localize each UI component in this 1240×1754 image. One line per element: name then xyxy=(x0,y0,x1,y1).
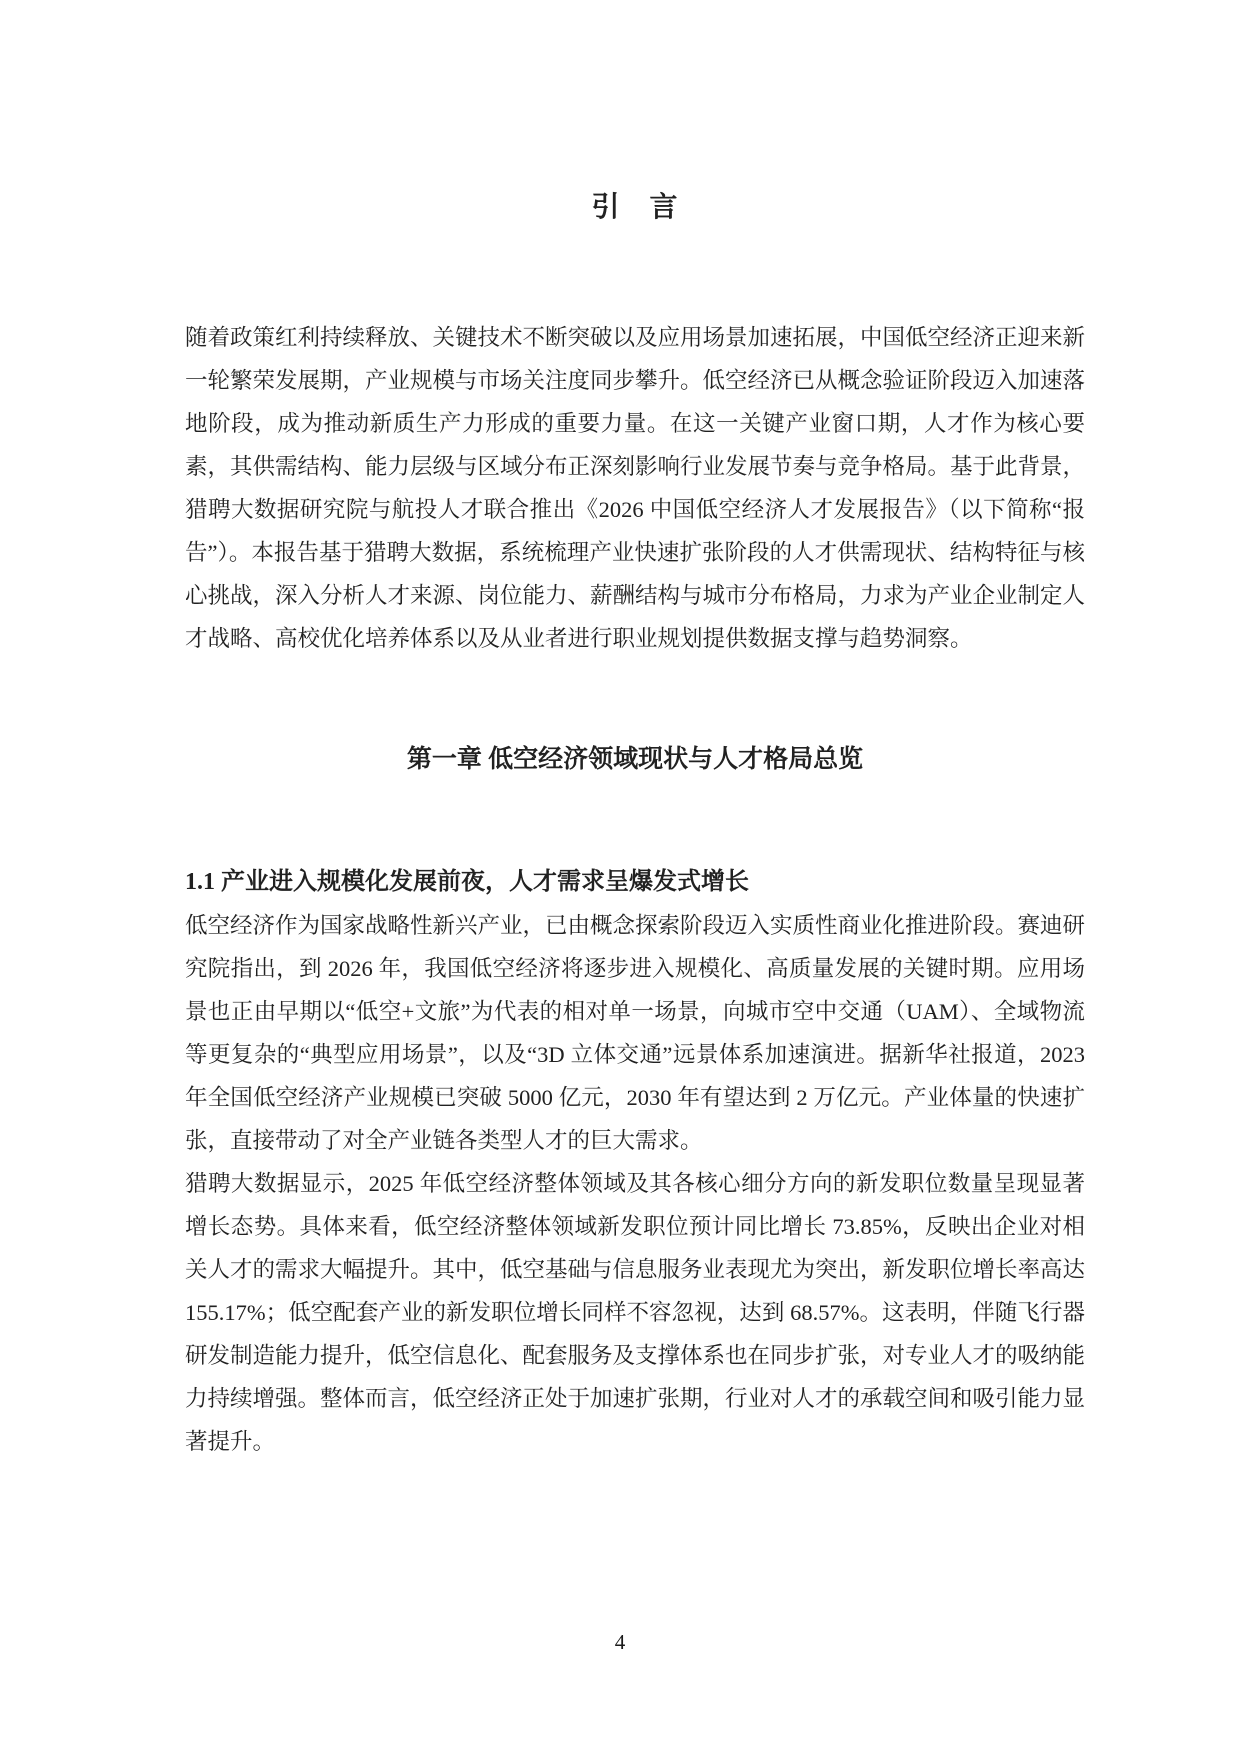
section-paragraph-2: 猎聘大数据显示，2025 年低空经济整体领域及其各核心细分方向的新发职位数量呈现… xyxy=(185,1162,1085,1463)
document-page: 引 言 随着政策红利持续释放、关键技术不断突破以及应用场景加速拓展，中国低空经济… xyxy=(0,0,1240,1754)
section-heading: 1.1 产业进入规模化发展前夜，人才需求呈爆发式增长 xyxy=(185,861,1085,904)
intro-paragraph: 随着政策红利持续释放、关键技术不断突破以及应用场景加速拓展，中国低空经济正迎来新… xyxy=(185,316,1085,660)
chapter-heading: 第一章 低空经济领域现状与人才格局总览 xyxy=(185,738,1085,781)
page-number: 4 xyxy=(0,1630,1240,1654)
document-title: 引 言 xyxy=(185,190,1085,226)
section-paragraph-1: 低空经济作为国家战略性新兴产业，已由概念探索阶段迈入实质性商业化推进阶段。赛迪研… xyxy=(185,904,1085,1162)
